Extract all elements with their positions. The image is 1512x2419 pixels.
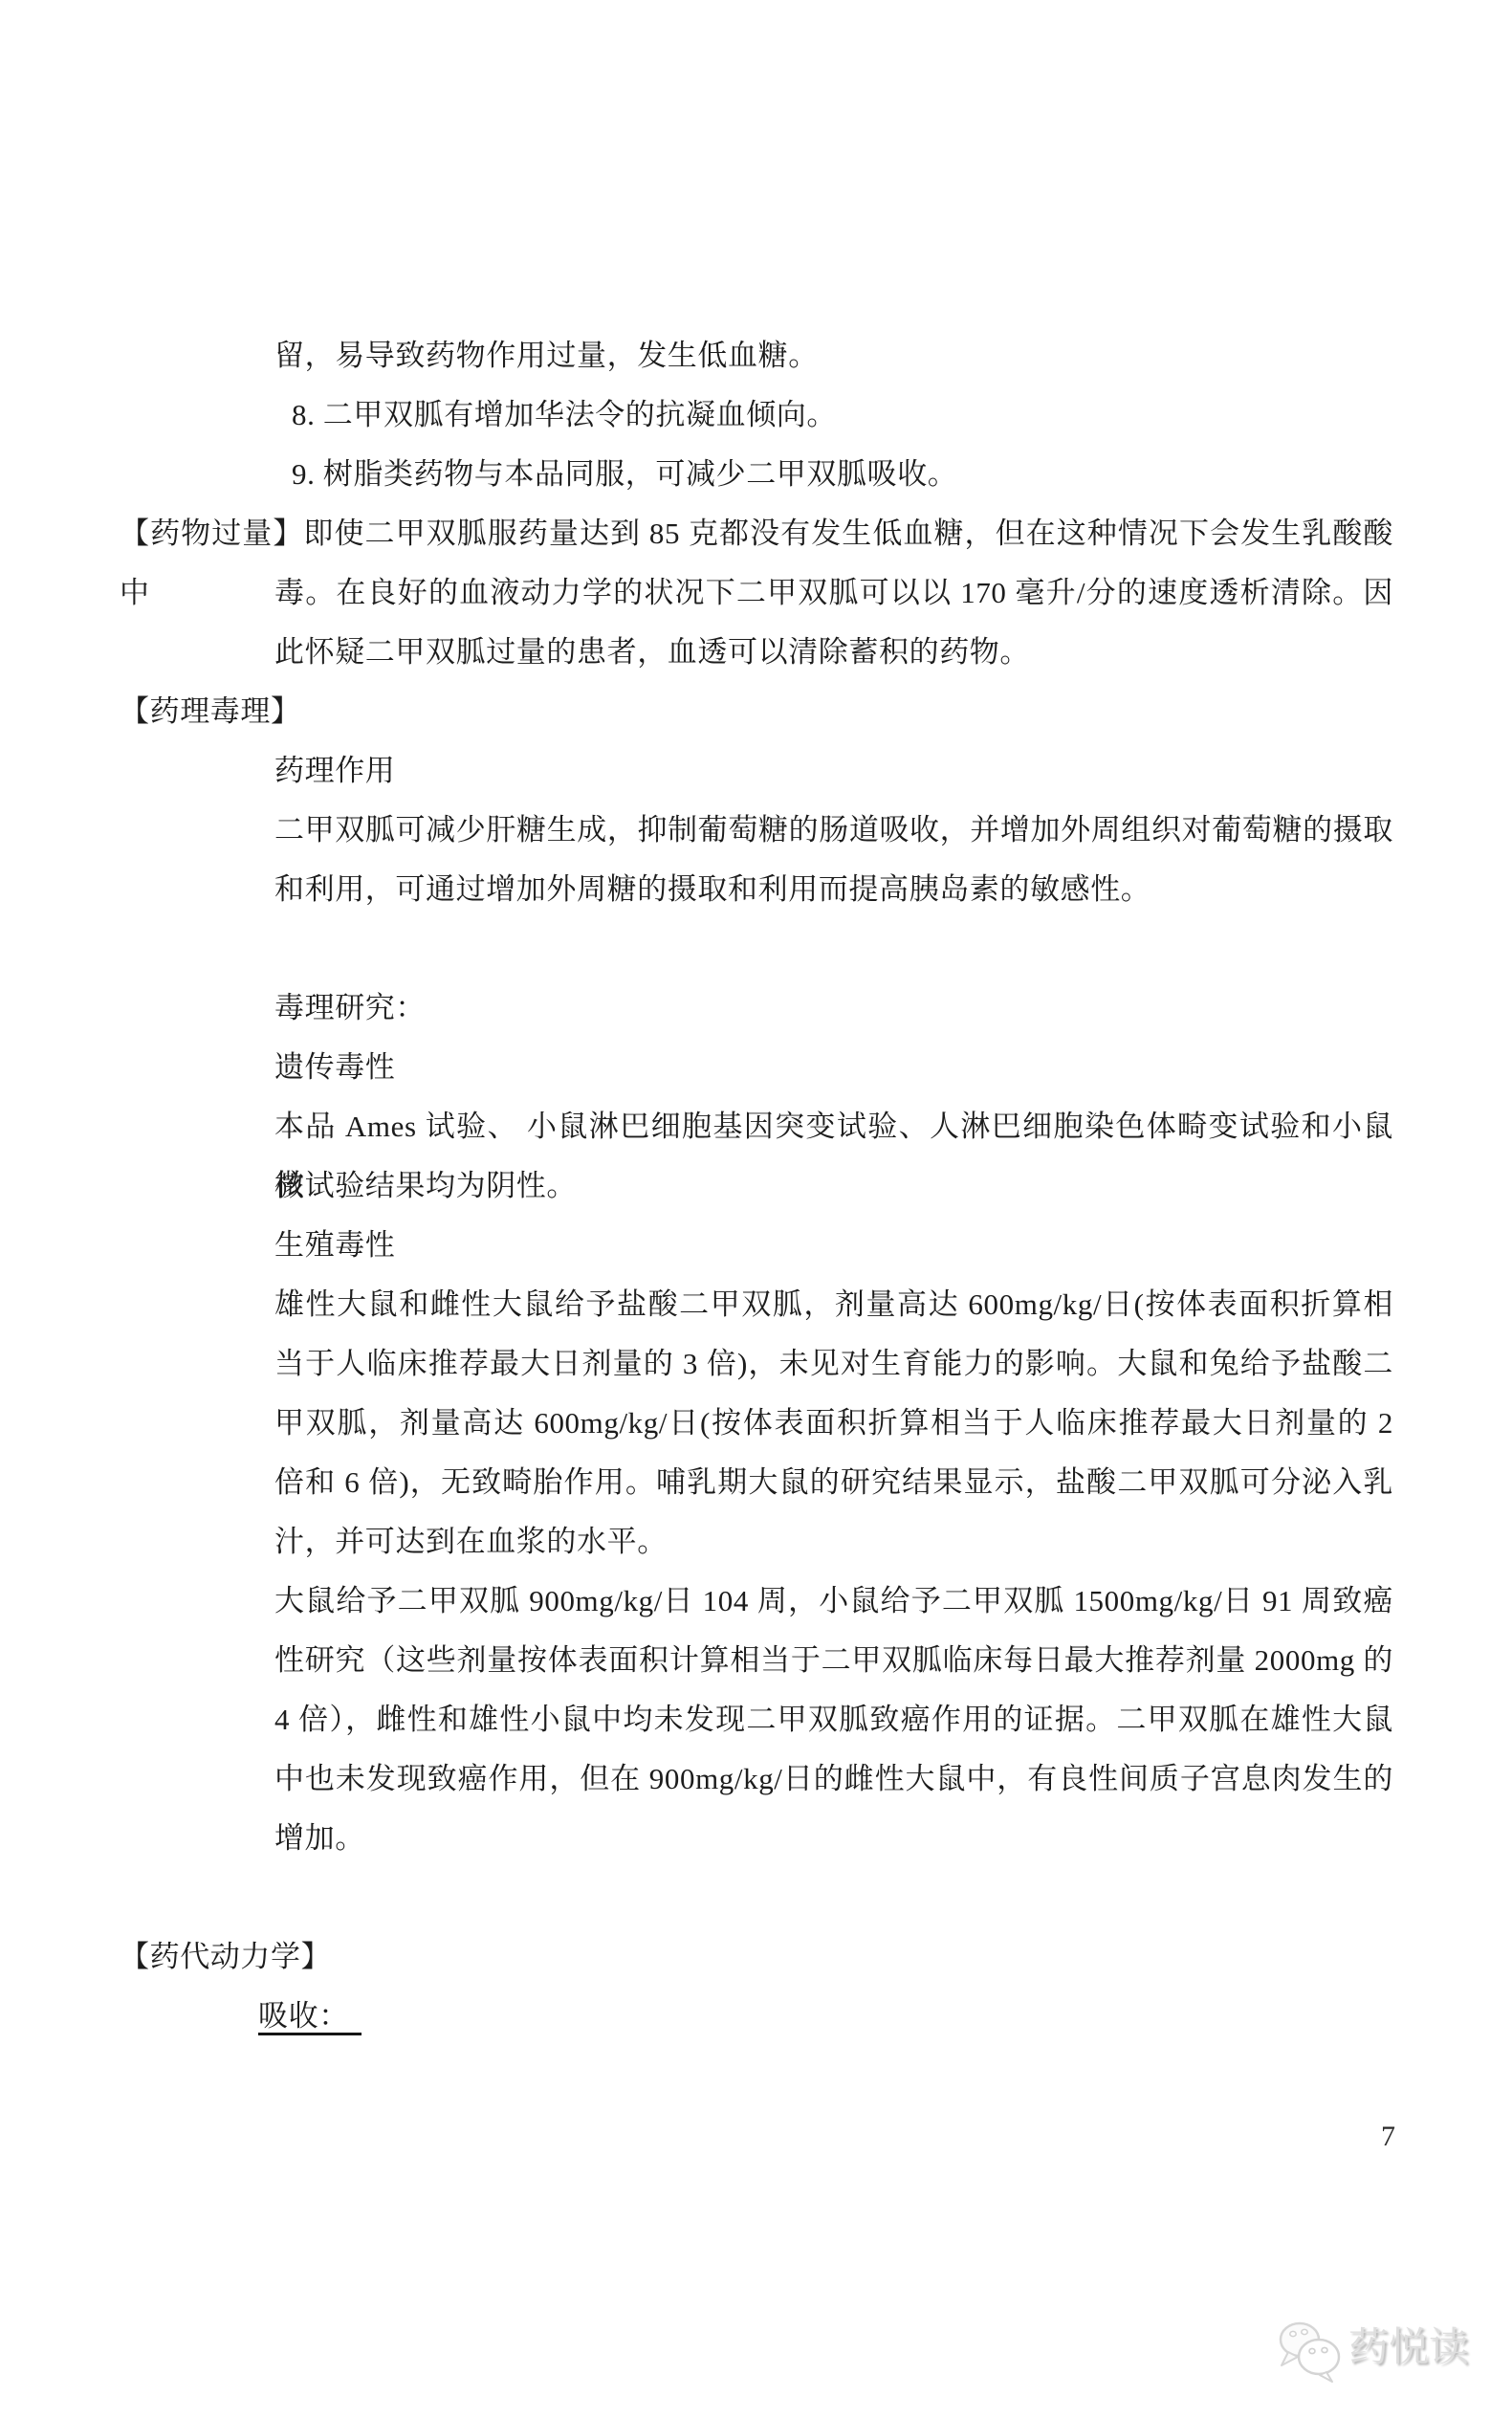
line-list-item: 9. 树脂类药物与本品同服，可减少二甲双胍吸收。: [0, 445, 1512, 504]
line-body: 留，易导致药物作用过量，发生低血糖。: [0, 326, 1512, 385]
underlined-text: 吸收：: [258, 1987, 362, 2035]
line-underlined-heading: 吸收：: [0, 1987, 1512, 2046]
line-body-full: 毒。在良好的血液动力学的状况下二甲双胍可以以 170 毫升/分的速度透析清除。因: [0, 563, 1393, 623]
line-body-full: 4 倍），雌性和雄性小鼠中均未发现二甲双胍致癌作用的证据。二甲双胍在雄性大鼠: [0, 1690, 1393, 1749]
document-page: 留，易导致药物作用过量，发生低血糖。8. 二甲双胍有增加华法令的抗凝血倾向。9.…: [0, 0, 1512, 2419]
line-body: 增加。: [0, 1809, 1512, 1868]
line-body: 汁，并可达到在血浆的水平。: [0, 1512, 1512, 1572]
line-section-heading: 【药理毒理】: [0, 682, 1512, 741]
watermark: 药悦读: [1272, 2319, 1501, 2387]
watermark-label: 药悦读: [1348, 2324, 1469, 2370]
line-body-full: 当于人临床推荐最大日剂量的 3 倍)，未见对生育能力的影响。大鼠和兔给予盐酸二: [0, 1334, 1393, 1394]
line-blank: [0, 1868, 1512, 1927]
line-body-full: 二甲双胍可减少肝糖生成，抑制葡萄糖的肠道吸收，并增加外周组织对葡萄糖的摄取: [0, 801, 1393, 860]
document-lines: 留，易导致药物作用过量，发生低血糖。8. 二甲双胍有增加华法令的抗凝血倾向。9.…: [0, 326, 1512, 2046]
line-body: 药理作用: [0, 741, 1512, 801]
line-section-heading: 【药代动力学】: [0, 1927, 1512, 1987]
line-body-full: 中也未发现致癌作用，但在 900mg/kg/日的雌性大鼠中，有良性间质子宫息肉发…: [0, 1749, 1393, 1809]
line-list-item: 8. 二甲双胍有增加华法令的抗凝血倾向。: [0, 385, 1512, 445]
line-body: 此怀疑二甲双胍过量的患者，血透可以清除蓄积的药物。: [0, 623, 1512, 682]
line-body: 和利用，可通过增加外周糖的摄取和利用而提高胰岛素的敏感性。: [0, 860, 1512, 919]
line-section-para: 【药物过量】即使二甲双胍服药量达到 85 克都没有发生低血糖，但在这种情况下会发…: [0, 504, 1393, 563]
line-body-full: 性研究（这些剂量按体表面积计算相当于二甲双胍临床每日最大推荐剂量 2000mg …: [0, 1631, 1393, 1690]
line-body: 毒理研究：: [0, 979, 1512, 1038]
line-body-full: 大鼠给予二甲双胍 900mg/kg/日 104 周，小鼠给予二甲双胍 1500m…: [0, 1572, 1393, 1631]
line-blank: [0, 919, 1512, 979]
line-body: 核试验结果均为阴性。: [0, 1156, 1512, 1216]
line-body-full: 倍和 6 倍)，无致畸胎作用。哺乳期大鼠的研究结果显示，盐酸二甲双胍可分泌入乳: [0, 1453, 1393, 1512]
line-body-full: 甲双胍，剂量高达 600mg/kg/日(按体表面积折算相当于人临床推荐最大日剂量…: [0, 1394, 1393, 1453]
line-body-full: 雄性大鼠和雌性大鼠给予盐酸二甲双胍，剂量高达 600mg/kg/日(按体表面积折…: [0, 1275, 1393, 1334]
line-body: 生殖毒性: [0, 1216, 1512, 1275]
line-body: 遗传毒性: [0, 1038, 1512, 1097]
line-body-full: 本品 Ames 试验、 小鼠淋巴细胞基因突变试验、人淋巴细胞染色体畸变试验和小鼠…: [0, 1097, 1393, 1156]
wechat-logo-icon: [1276, 2320, 1345, 2384]
page-number: 7: [1381, 2120, 1395, 2154]
